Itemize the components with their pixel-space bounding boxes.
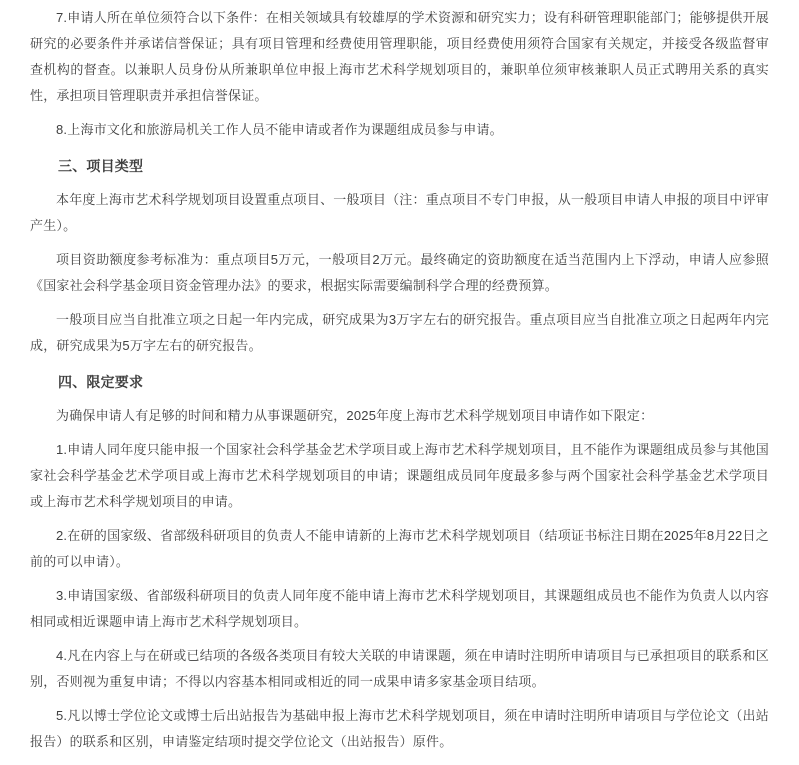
paragraph-restrictions-intro: 为确保申请人有足够的时间和精力从事课题研究，2025年度上海市艺术科学规划项目申… [30, 403, 769, 429]
paragraph-funding-standard: 项目资助额度参考标准为：重点项目5万元，一般项目2万元。最终确定的资助额度在适当… [30, 247, 769, 299]
paragraph-restriction-item-2: 2.在研的国家级、省部级科研项目的负责人不能申请新的上海市艺术科学规划项目（结项… [30, 523, 769, 575]
section-heading-restrictions: 四、限定要求 [30, 369, 769, 395]
paragraph-restriction-item-1: 1.申请人同年度只能申报一个国家社会科学基金艺术学项目或上海市艺术科学规划项目，… [30, 437, 769, 515]
paragraph-project-types: 本年度上海市艺术科学规划项目设置重点项目、一般项目（注：重点项目不专门申报，从一… [30, 187, 769, 239]
paragraph-restriction-item-5: 5.凡以博士学位论文或博士后出站报告为基础申报上海市艺术科学规划项目，须在申请时… [30, 703, 769, 755]
document-body: 7.申请人所在单位须符合以下条件：在相关领域具有较雄厚的学术资源和研究实力；设有… [0, 0, 799, 755]
paragraph-condition-item-7: 7.申请人所在单位须符合以下条件：在相关领域具有较雄厚的学术资源和研究实力；设有… [30, 5, 769, 109]
section-heading-project-types: 三、项目类型 [30, 153, 769, 179]
paragraph-condition-item-8: 8.上海市文化和旅游局机关工作人员不能申请或者作为课题组成员参与申请。 [30, 117, 769, 143]
paragraph-restriction-item-4: 4.凡在内容上与在研或已结项的各级各类项目有较大关联的申请课题，须在申请时注明所… [30, 643, 769, 695]
paragraph-completion-requirements: 一般项目应当自批准立项之日起一年内完成，研究成果为3万字左右的研究报告。重点项目… [30, 307, 769, 359]
paragraph-restriction-item-3: 3.申请国家级、省部级科研项目的负责人同年度不能申请上海市艺术科学规划项目，其课… [30, 583, 769, 635]
